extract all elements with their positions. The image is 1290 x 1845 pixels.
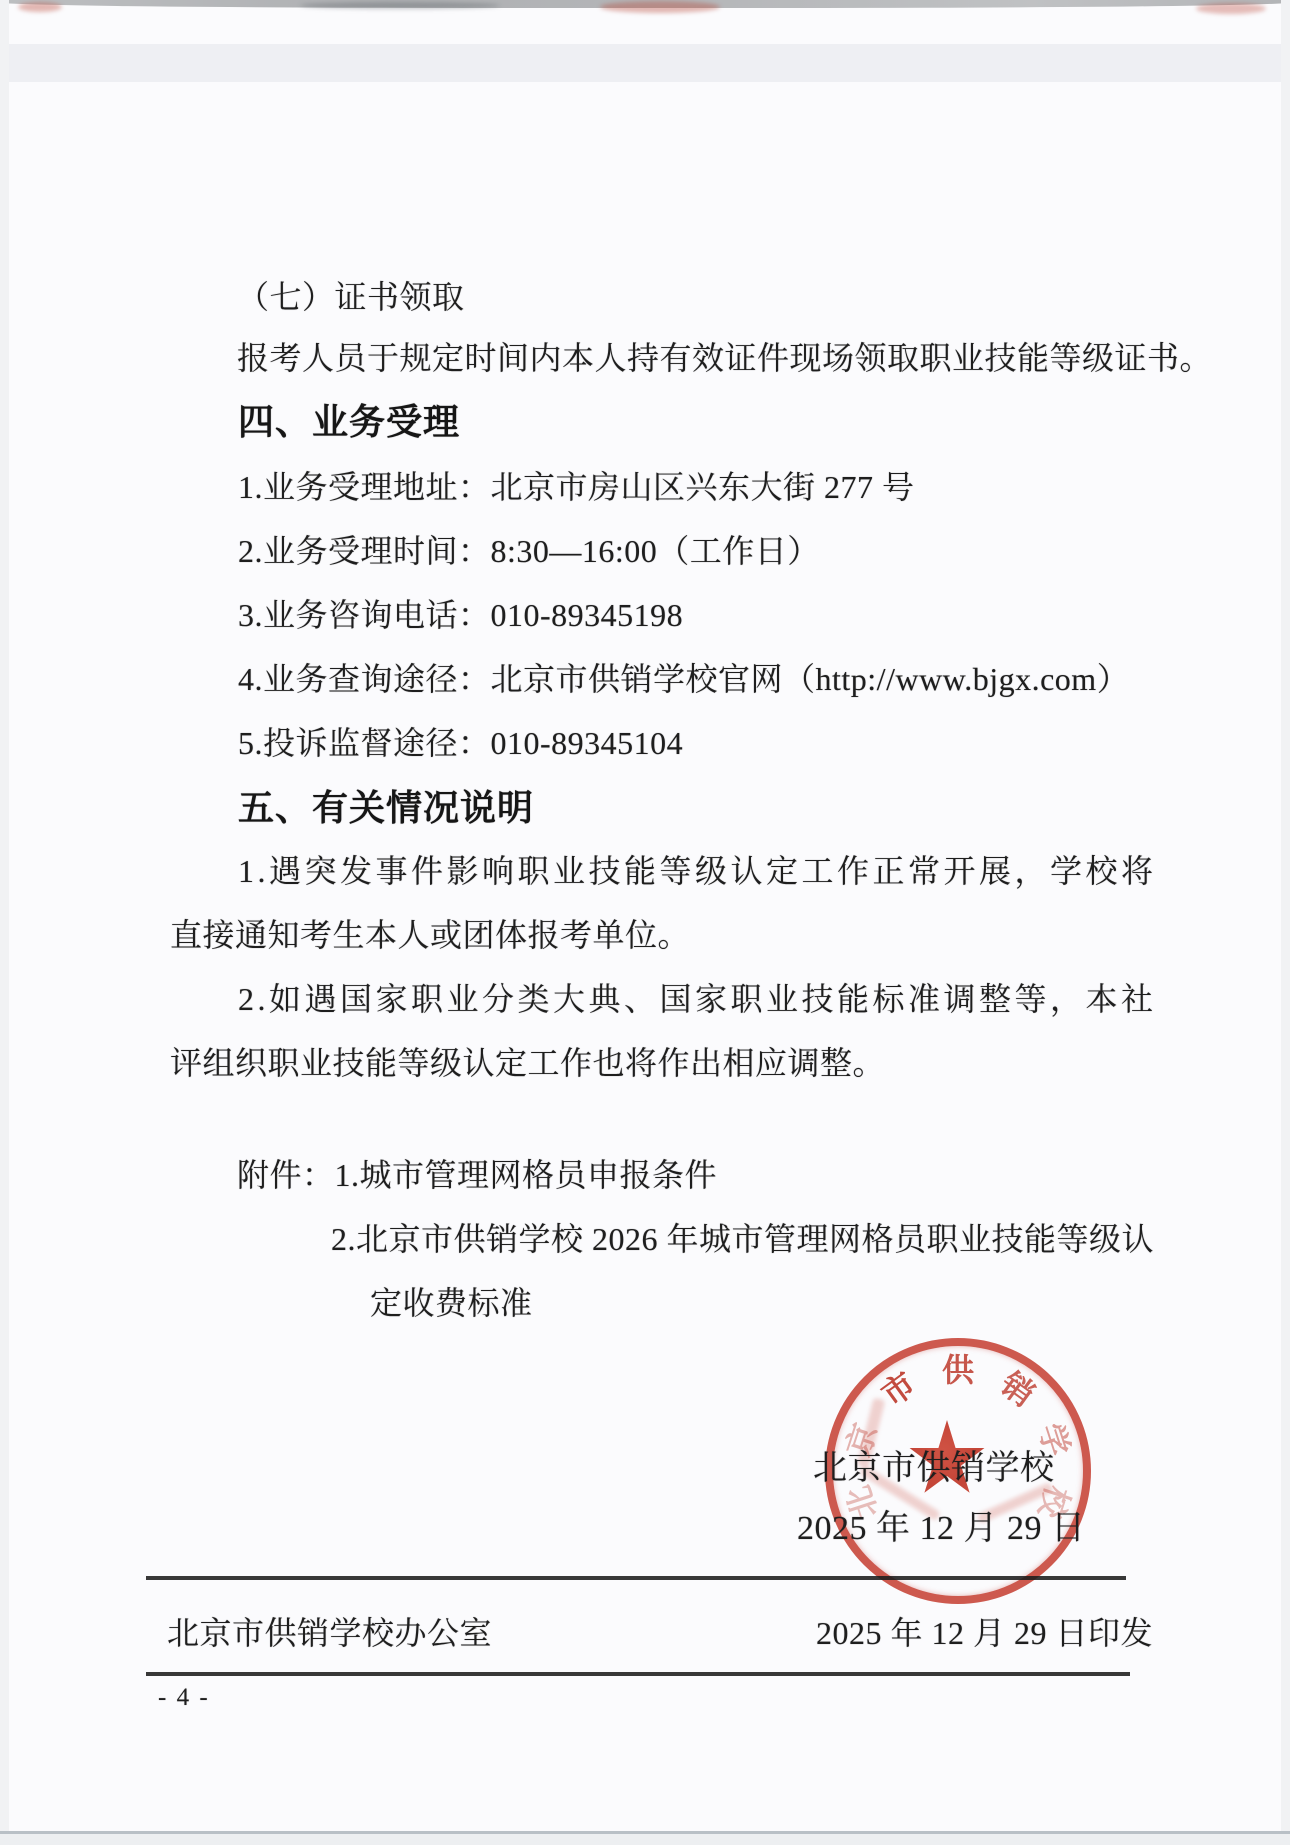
attachments-line2: 2.北京市供销学校 2026 年城市管理网格员职业技能等级认 [331, 1214, 1154, 1260]
red-ink-smudge [600, 1, 720, 13]
item-complaint-channel: 5.投诉监督途径：010-89345104 [238, 718, 683, 764]
item-inquiry-phone: 3.业务咨询电话：010-89345198 [238, 590, 683, 636]
footer-office-name: 北京市供销学校办公室 [167, 1608, 492, 1654]
signature-organization: 北京市供销学校 [813, 1440, 1055, 1489]
scan-shadow-band [0, 44, 1290, 82]
section-heading-remarks: 五、有关情况说明 [238, 780, 534, 831]
footer-divider-top [146, 1576, 1126, 1580]
attachments-line1: 附件：1.城市管理网格员申报条件 [237, 1150, 717, 1196]
footer-issue-date: 2025 年 12 月 29 日印发 [816, 1608, 1153, 1654]
item-business-address: 1.业务受理地址：北京市房山区兴东大街 277 号 [238, 462, 915, 508]
page-number: - 4 - [158, 1684, 210, 1712]
paragraph-certificate-pickup: 报考人员于规定时间内本人持有效证件现场领取职业技能等级证书。 [237, 333, 1212, 379]
red-ink-smudge [1196, 3, 1266, 14]
footer-divider-bottom [146, 1672, 1130, 1676]
item-query-channel: 4.业务查询途径：北京市供销学校官网（http://www.bjgx.com） [238, 654, 1129, 700]
signature-date: 2025 年 12 月 29 日 [797, 1500, 1086, 1549]
note2-line2: 评组织职业技能等级认定工作也将作出相应调整。 [170, 1038, 885, 1084]
section-heading-business-acceptance: 四、业务受理 [238, 394, 460, 445]
scan-bottom-edge [0, 1834, 1290, 1845]
note2-line1: 2.如遇国家职业分类大典、国家职业技能标准调整等，本社 [238, 974, 1157, 1020]
scan-smudge [300, 2, 500, 9]
attachments-line3: 定收费标准 [370, 1278, 533, 1324]
note1-line1: 1.遇突发事件影响职业技能等级认定工作正常开展，学校将 [238, 846, 1157, 892]
subsection-heading-certificate-pickup: （七）证书领取 [237, 272, 465, 318]
note1-line2: 直接通知考生本人或团体报考单位。 [170, 910, 690, 956]
red-ink-smudge [18, 2, 62, 12]
scanned-document-page: （七）证书领取 报考人员于规定时间内本人持有效证件现场领取职业技能等级证书。 四… [0, 0, 1290, 1845]
scan-right-edge [1281, 0, 1290, 1845]
item-business-hours: 2.业务受理时间：8:30—16:00（工作日） [238, 526, 820, 572]
scan-left-edge [0, 0, 9, 1845]
